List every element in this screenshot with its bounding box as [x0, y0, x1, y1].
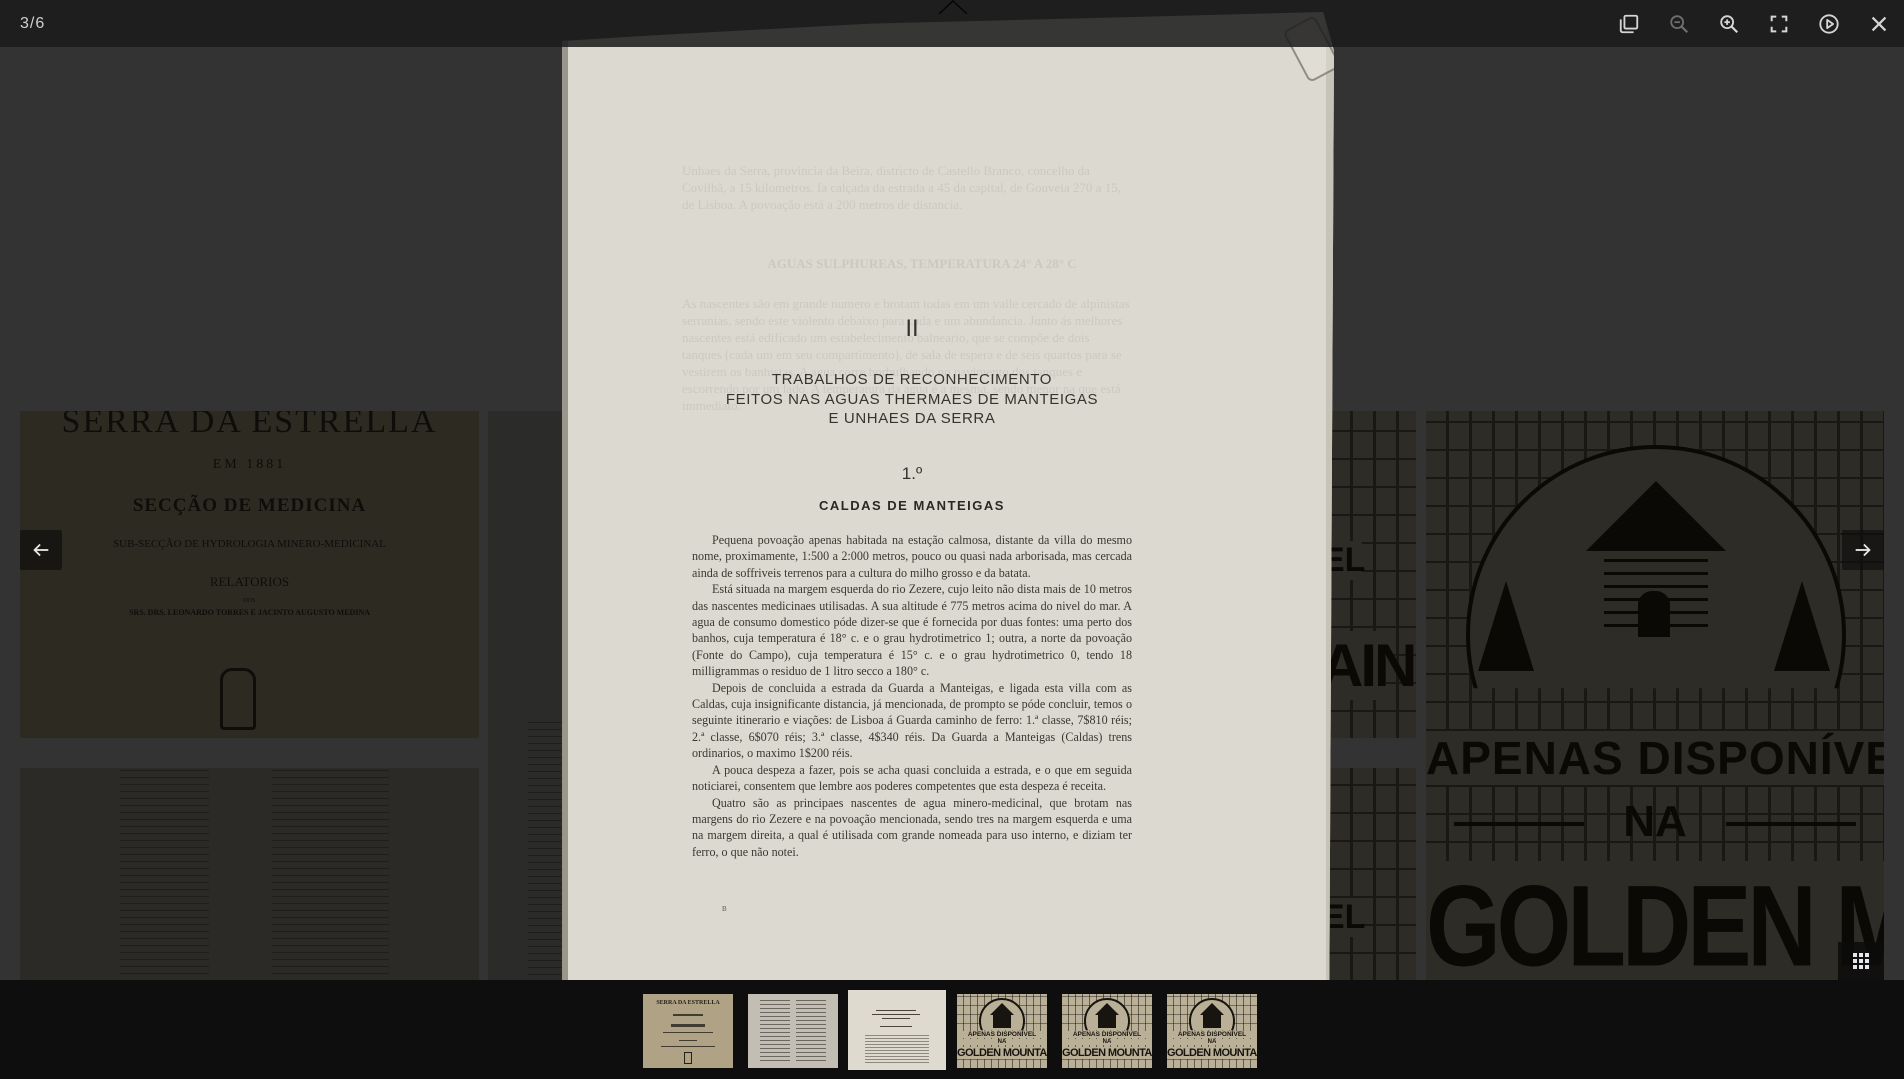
paragraph: Está situada na margem esquerda do rio Z… — [692, 581, 1132, 679]
heading-line: E UNHAES DA SERRA — [692, 409, 1132, 429]
promo-partial-text: EL — [1330, 898, 1362, 937]
paragraph: Depois de concluida a estrada da Guarda … — [692, 680, 1132, 762]
promo-line-2: NA — [1426, 797, 1884, 847]
grid-icon — [1853, 953, 1869, 969]
section-number: 1.º — [692, 464, 1132, 484]
cover-reports: RELATORIOS — [20, 574, 479, 590]
background-thumbnail-promo-c: APENAS DISPONÍVEL NA GOLDEN MOUNTAIN — [1426, 411, 1884, 981]
bleed-through-heading: AGUAS SULPHUREAS, TEMPERATURA 24° A 28° … — [742, 255, 1102, 272]
next-image-button[interactable] — [1842, 530, 1884, 570]
top-toolbar: 3/6 — [0, 0, 1904, 47]
promo-line-1: APENAS DISPONÍVEL — [1426, 731, 1884, 785]
thumbnail-label: NA — [957, 1039, 1047, 1045]
cover-authors: SRS. DRS. LEONARDO TORRES E JACINTO AUGU… — [20, 608, 479, 617]
thumbnail-label: GOLDEN MOUNTAIN — [957, 1047, 1047, 1059]
cover-year: EM 1881 — [20, 457, 479, 473]
thumbnail-1[interactable]: SERRA DA ESTRELLA — [643, 994, 733, 1068]
thumbnail-label: GOLDEN MOUNTAIN — [1167, 1047, 1257, 1059]
background-thumbnail-cover: SERRA DA ESTRELLA EM 1881 SECÇÃO DE MEDI… — [20, 411, 479, 738]
paragraph: Quatro são as principaes nascentes de ag… — [692, 795, 1132, 861]
caret-up-icon — [933, 0, 973, 14]
promo-partial-text: EL — [1330, 541, 1362, 580]
zoom-out-icon — [1668, 13, 1690, 35]
thumbnail-2[interactable] — [748, 994, 838, 1068]
heading-line: TRABALHOS DE RECONHECIMENTO — [692, 370, 1132, 390]
tree-icon — [1478, 581, 1534, 671]
previous-image-button[interactable] — [20, 530, 62, 570]
arrow-right-icon — [1852, 539, 1874, 561]
bleed-through-text: Unhaes da Serra, provincia da Beira, dis… — [682, 162, 1132, 213]
fullscreen-button[interactable] — [1755, 0, 1803, 47]
zoom-out-button[interactable] — [1655, 0, 1703, 47]
coat-of-arms-icon — [684, 1052, 692, 1064]
text-lines — [272, 768, 389, 980]
cabin-icon — [1586, 481, 1726, 641]
text-lines — [760, 998, 790, 1064]
thumbnail-label: NA — [1062, 1039, 1152, 1045]
chapter-heading: TRABALHOS DE RECONHECIMENTO FEITOS NAS A… — [692, 370, 1132, 429]
tree-icon — [1774, 581, 1830, 671]
arrow-left-icon — [30, 539, 52, 561]
background-thumbnail-promo-a: EL AIN — [1330, 411, 1416, 738]
thumbnail-label: APENAS DISPONÍVEL — [957, 1031, 1047, 1038]
thumbnail-6[interactable]: APENAS DISPONÍVEL NA GOLDEN MOUNTAIN — [1167, 994, 1257, 1068]
cover-section: SECÇÃO DE MEDICINA — [20, 495, 479, 517]
fullscreen-icon — [1768, 13, 1790, 35]
cover-title: SERRA DA ESTRELLA — [20, 411, 479, 441]
close-button[interactable] — [1855, 0, 1903, 47]
thumbnail-label: SERRA DA ESTRELLA — [643, 1000, 733, 1006]
grid-pattern — [1330, 768, 1416, 980]
background-thumbnail-list — [20, 768, 479, 980]
zoom-in-icon — [1718, 13, 1740, 35]
zoom-in-button[interactable] — [1705, 0, 1753, 47]
paragraph: Pequena povoação apenas habitada na esta… — [692, 532, 1132, 581]
thumbnail-5[interactable]: APENAS DISPONÍVEL NA GOLDEN MOUNTAIN — [1062, 994, 1152, 1068]
signature-mark: B — [722, 905, 727, 913]
text-lines — [120, 768, 209, 980]
thumbnail-label: APENAS DISPONÍVEL — [1167, 1031, 1257, 1038]
cover-dos: DOS — [20, 598, 479, 604]
current-image[interactable]: Unhaes da Serra, provincia da Beira, dis… — [562, 12, 1334, 980]
gallery-grid-button[interactable] — [1838, 942, 1884, 980]
promo-line-3: GOLDEN MOUNTAIN — [1426, 861, 1884, 981]
body-text: Pequena povoação apenas habitada na esta… — [692, 532, 1132, 860]
thumbnail-label: APENAS DISPONÍVEL — [1062, 1031, 1152, 1038]
cover-subsection: SUB-SECÇÃO DE HYDROLOGIA MINERO-MEDICINA… — [20, 538, 479, 550]
thumbnail-strip: SERRA DA ESTRELLA APENAS DISPONÍVEL NA G… — [0, 980, 1904, 1079]
close-icon — [1868, 13, 1890, 35]
thumbnail-3-active[interactable] — [848, 990, 946, 1070]
text-lines — [865, 1033, 929, 1065]
heading-line: FEITOS NAS AGUAS THERMAES DE MANTEIGAS — [692, 390, 1132, 410]
lightbox-viewer: SERRA DA ESTRELLA EM 1881 SECÇÃO DE MEDI… — [0, 0, 1904, 1079]
section-title: CALDAS DE MANTEIGAS — [692, 498, 1132, 513]
promo-partial-text: AIN — [1330, 631, 1386, 700]
text-lines — [796, 998, 826, 1064]
copy-gallery-icon — [1618, 13, 1640, 35]
background-thumbnail-promo-b: EL — [1330, 768, 1416, 980]
thumbnail-label: NA — [1167, 1039, 1257, 1045]
thumbnail-label: GOLDEN MOUNTAIN — [1062, 1047, 1152, 1059]
thumbnails-toggle-button[interactable] — [1605, 0, 1653, 47]
paragraph: A pouca despeza a fazer, pois se acha qu… — [692, 762, 1132, 795]
chapter-numeral: II — [692, 315, 1132, 343]
play-circle-icon — [1818, 13, 1840, 35]
image-counter: 3/6 — [20, 15, 45, 33]
thumbnail-4[interactable]: APENAS DISPONÍVEL NA GOLDEN MOUNTAIN — [957, 994, 1047, 1068]
coat-of-arms-icon — [220, 668, 256, 730]
slideshow-play-button[interactable] — [1805, 0, 1853, 47]
